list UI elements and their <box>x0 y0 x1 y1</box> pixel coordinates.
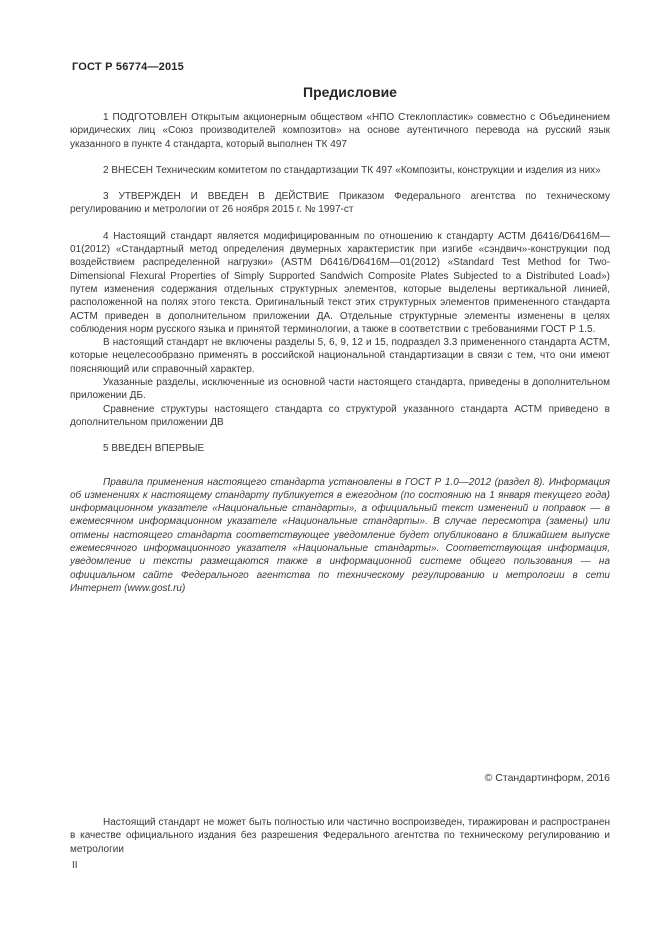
foreword-item-4-continued-2: Указанные разделы, исключенные из основн… <box>70 376 610 403</box>
foreword-item-2: 2 ВНЕСЕН Техническим комитетом по станда… <box>70 164 610 177</box>
reproduction-restriction: Настоящий стандарт не может быть полност… <box>70 816 610 856</box>
foreword-content: 1 ПОДГОТОВЛЕН Открытым акционерным общес… <box>70 111 610 608</box>
foreword-item-3: 3 УТВЕРЖДЕН И ВВЕДЕН В ДЕЙСТВИЕ Приказом… <box>70 190 610 217</box>
foreword-item-4-continued-3: Сравнение структуры настоящего стандарта… <box>70 403 610 430</box>
foreword-item-4-continued-1: В настоящий стандарт не включены разделы… <box>70 336 610 376</box>
foreword-item-1: 1 ПОДГОТОВЛЕН Открытым акционерным общес… <box>70 111 610 151</box>
application-rules-note: Правила применения настоящего стандарта … <box>70 476 610 596</box>
page-number: II <box>72 860 78 871</box>
page-title: Предисловие <box>70 84 630 100</box>
copyright-notice: © Стандартинформ, 2016 <box>70 772 610 784</box>
reproduction-restriction-text: Настоящий стандарт не может быть полност… <box>70 816 610 856</box>
foreword-item-5: 5 ВВЕДЕН ВПЕРВЫЕ <box>70 442 610 455</box>
document-page: ГОСТ Р 56774—2015 Предисловие 1 ПОДГОТОВ… <box>0 0 661 936</box>
document-code: ГОСТ Р 56774—2015 <box>72 61 184 73</box>
foreword-item-4: 4 Настоящий стандарт является модифициро… <box>70 230 610 336</box>
